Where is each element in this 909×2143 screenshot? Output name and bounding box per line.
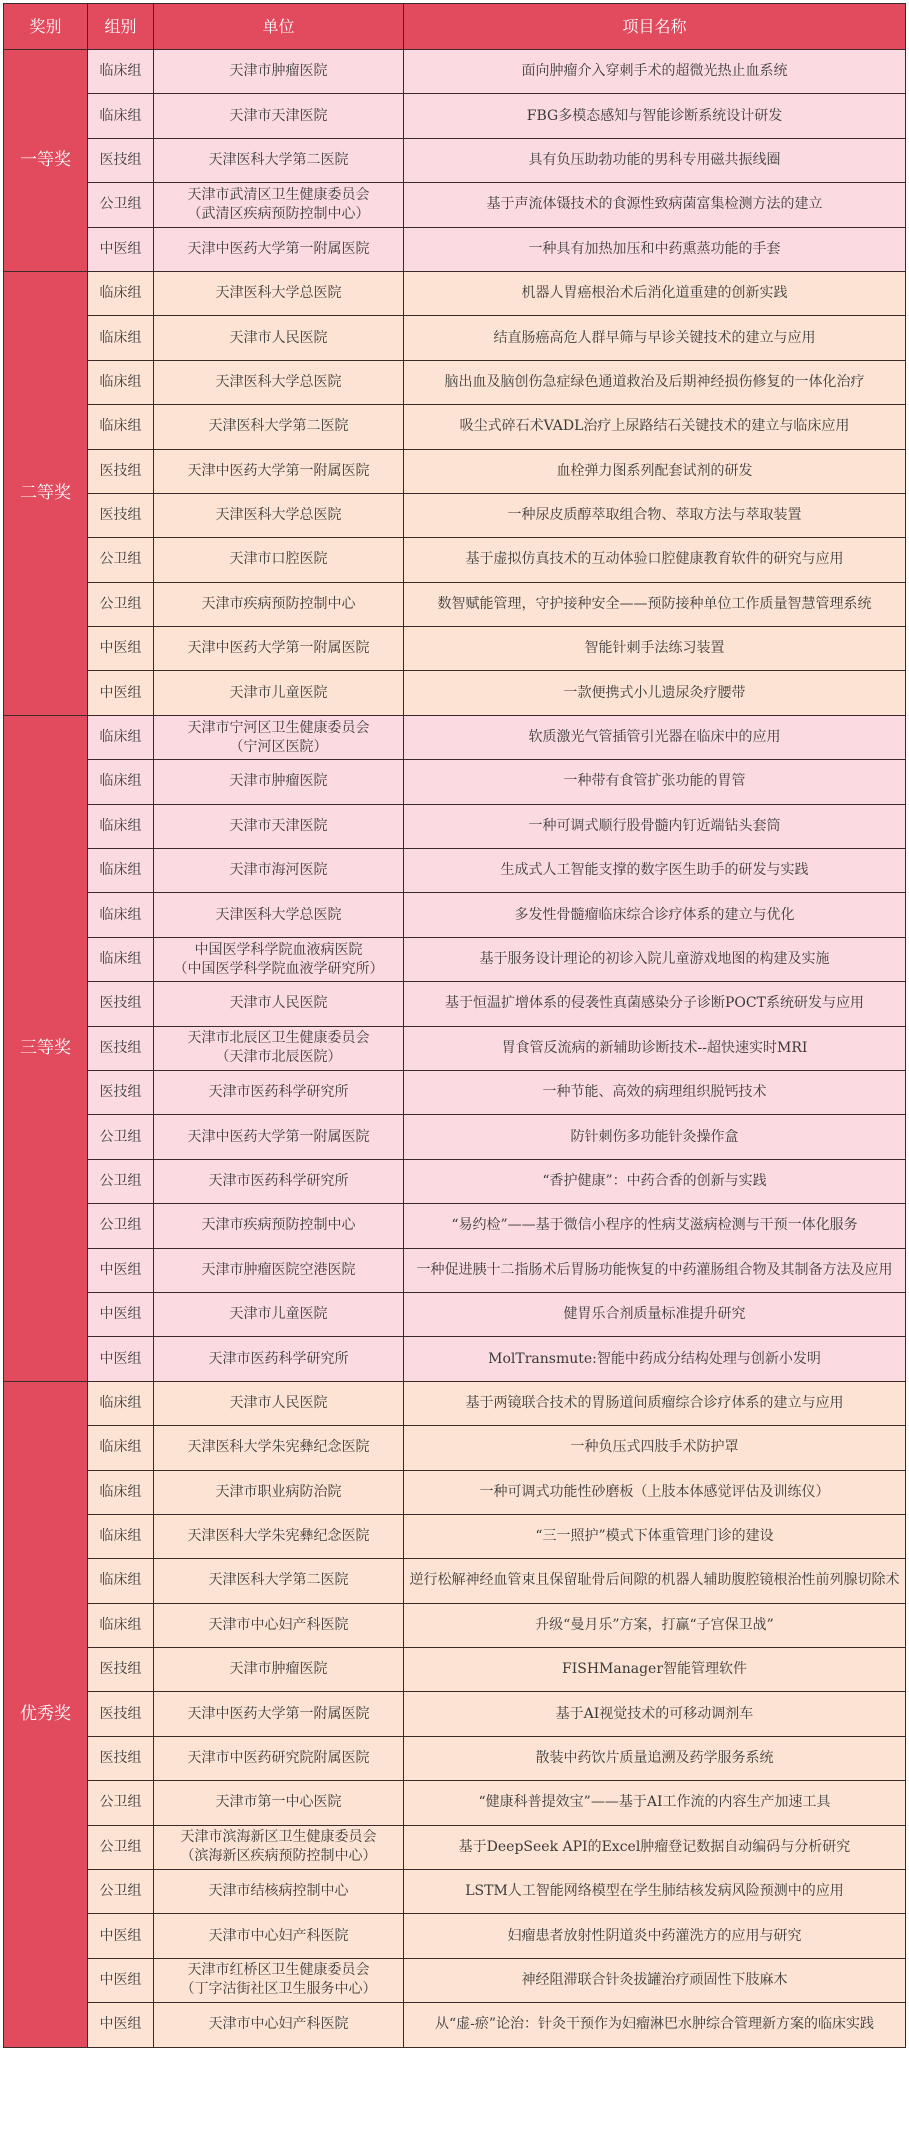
unit-cell: 天津市红桥区卫生健康委员会（丁字沽街社区卫生服务中心） [154,1958,404,2002]
table-row: 临床组天津市天津医院一种可调式顺行股骨髓内钉近端钻头套筒 [4,804,906,848]
project-cell: 脑出血及脑创伤急症绿色通道救治及后期神经损伤修复的一体化治疗 [404,360,906,404]
project-cell: 生成式人工智能支撑的数字医生助手的研发与实践 [404,849,906,893]
group-cell: 医技组 [88,493,154,537]
table-row: 公卫组天津市疾病预防控制中心数智赋能管理，守护接种安全——预防接种单位工作质量智… [4,582,906,626]
table-row: 医技组天津医科大学总医院一种尿皮质醇萃取组合物、萃取方法与萃取装置 [4,493,906,537]
unit-cell: 天津医科大学总医院 [154,893,404,937]
table-row: 中医组天津市中心妇产科医院妇瘤患者放射性阴道炎中药灌洗方的应用与研究 [4,1914,906,1958]
unit-cell: 天津市中心妇产科医院 [154,1603,404,1647]
group-cell: 临床组 [88,405,154,449]
unit-cell: 天津市人民医院 [154,1381,404,1425]
unit-cell: 天津中医药大学第一附属医院 [154,227,404,271]
header-group: 组别 [88,4,154,50]
project-cell: 散装中药饮片质量追溯及药学服务系统 [404,1736,906,1780]
project-cell: LSTM人工智能网络模型在学生肺结核发病风险预测中的应用 [404,1870,906,1914]
project-cell: 一种带有食管扩张功能的胃管 [404,760,906,804]
table-row: 三等奖临床组天津市宁河区卫生健康委员会（宁河区医院）软质激光气管插管引光器在临床… [4,715,906,759]
unit-cell: 天津医科大学总医院 [154,360,404,404]
unit-cell: 天津市中心妇产科医院 [154,1914,404,1958]
table-row: 临床组中国医学科学院血液病医院（中国医学科学院血液学研究所）基于服务设计理论的初… [4,937,906,981]
table-row: 临床组天津市职业病防治院一种可调式功能性砂磨板（上肢本体感觉评估及训练仪） [4,1470,906,1514]
unit-cell: 天津医科大学总医院 [154,493,404,537]
group-cell: 中医组 [88,1337,154,1381]
unit-cell: 天津中医药大学第一附属医院 [154,627,404,671]
group-cell: 医技组 [88,1736,154,1780]
project-cell: “易约检”——基于微信小程序的性病艾滋病检测与干预一体化服务 [404,1204,906,1248]
project-cell: 基于DeepSeek API的Excel肿瘤登记数据自动编码与分析研究 [404,1825,906,1869]
project-cell: 吸尘式碎石术VADL治疗上尿路结石关键技术的建立与临床应用 [404,405,906,449]
table-row: 公卫组天津市武清区卫生健康委员会（武清区疾病预防控制中心）基于声流体镊技术的食源… [4,183,906,227]
table-body: 一等奖临床组天津市肿瘤医院面向肿瘤介入穿刺手术的超微光热止血系统临床组天津市天津… [4,50,906,2048]
project-cell: 机器人胃癌根治术后消化道重建的创新实践 [404,271,906,315]
table-row: 临床组天津医科大学总医院脑出血及脑创伤急症绿色通道救治及后期神经损伤修复的一体化… [4,360,906,404]
project-cell: FISHManager智能管理软件 [404,1648,906,1692]
project-cell: 多发性骨髓瘤临床综合诊疗体系的建立与优化 [404,893,906,937]
project-cell: “三一照护”模式下体重管理门诊的建设 [404,1514,906,1558]
table-row: 临床组天津市肿瘤医院一种带有食管扩张功能的胃管 [4,760,906,804]
unit-cell: 天津市口腔医院 [154,538,404,582]
group-cell: 临床组 [88,893,154,937]
unit-cell: 天津市医药科学研究所 [154,1070,404,1114]
group-cell: 公卫组 [88,1825,154,1869]
table-row: 临床组天津市人民医院结直肠癌高危人群早筛与早诊关键技术的建立与应用 [4,316,906,360]
project-cell: 基于声流体镊技术的食源性致病菌富集检测方法的建立 [404,183,906,227]
unit-cell: 天津市肿瘤医院 [154,50,404,94]
table-row: 医技组天津市人民医院基于恒温扩增体系的侵袭性真菌感染分子诊断POCT系统研发与应… [4,982,906,1026]
award-category-cell: 一等奖 [4,50,88,272]
table-row: 医技组天津市中医药研究院附属医院散装中药饮片质量追溯及药学服务系统 [4,1736,906,1780]
table-row: 中医组天津中医药大学第一附属医院一种具有加热加压和中药熏蒸功能的手套 [4,227,906,271]
table-row: 中医组天津市中心妇产科医院从“虚-瘀”论治：针灸干预作为妇瘤淋巴水肿综合管理新方… [4,2003,906,2047]
award-category-cell: 三等奖 [4,715,88,1381]
group-cell: 中医组 [88,1248,154,1292]
table-row: 临床组天津医科大学第二医院吸尘式碎石术VADL治疗上尿路结石关键技术的建立与临床… [4,405,906,449]
project-cell: 一款便携式小儿遗尿灸疗腰带 [404,671,906,715]
table-row: 中医组天津市医药科学研究所MolTransmute:智能中药成分结构处理与创新小… [4,1337,906,1381]
group-cell: 中医组 [88,671,154,715]
group-cell: 临床组 [88,271,154,315]
group-cell: 中医组 [88,1292,154,1336]
table-row: 公卫组天津市第一中心医院“健康科普提效宝”——基于AI工作流的内容生产加速工具 [4,1781,906,1825]
unit-cell: 天津中医药大学第一附属医院 [154,449,404,493]
project-cell: 基于虚拟仿真技术的互动体验口腔健康教育软件的研究与应用 [404,538,906,582]
unit-cell: 天津医科大学朱宪彝纪念医院 [154,1514,404,1558]
table-row: 临床组天津市中心妇产科医院升级“曼月乐”方案，打赢“子宫保卫战” [4,1603,906,1647]
group-cell: 中医组 [88,227,154,271]
group-cell: 公卫组 [88,1870,154,1914]
header-row: 奖别 组别 单位 项目名称 [4,4,906,50]
unit-cell: 天津市肿瘤医院 [154,1648,404,1692]
project-cell: 胃食管反流病的新辅助诊断技术--超快速实时MRI [404,1026,906,1070]
table-row: 公卫组天津市疾病预防控制中心“易约检”——基于微信小程序的性病艾滋病检测与干预一… [4,1204,906,1248]
group-cell: 医技组 [88,1026,154,1070]
project-cell: FBG多模态感知与智能诊断系统设计研发 [404,94,906,138]
table-row: 临床组天津医科大学朱宪彝纪念医院“三一照护”模式下体重管理门诊的建设 [4,1514,906,1558]
table-row: 中医组天津市儿童医院健胃乐合剂质量标准提升研究 [4,1292,906,1336]
project-cell: 一种负压式四肢手术防护罩 [404,1426,906,1470]
group-cell: 中医组 [88,627,154,671]
table-row: 医技组天津市肿瘤医院FISHManager智能管理软件 [4,1648,906,1692]
unit-cell: 天津医科大学第二医院 [154,405,404,449]
table-row: 临床组天津医科大学总医院多发性骨髓瘤临床综合诊疗体系的建立与优化 [4,893,906,937]
group-cell: 临床组 [88,715,154,759]
project-cell: 基于AI视觉技术的可移动调剂车 [404,1692,906,1736]
group-cell: 医技组 [88,1648,154,1692]
unit-cell: 天津市滨海新区卫生健康委员会（滨海新区疾病预防控制中心） [154,1825,404,1869]
header-unit: 单位 [154,4,404,50]
unit-cell: 天津市医药科学研究所 [154,1159,404,1203]
table-row: 医技组天津市北辰区卫生健康委员会（天津市北辰医院）胃食管反流病的新辅助诊断技术-… [4,1026,906,1070]
table-row: 二等奖临床组天津医科大学总医院机器人胃癌根治术后消化道重建的创新实践 [4,271,906,315]
table-row: 一等奖临床组天津市肿瘤医院面向肿瘤介入穿刺手术的超微光热止血系统 [4,50,906,94]
unit-cell: 中国医学科学院血液病医院（中国医学科学院血液学研究所） [154,937,404,981]
unit-cell: 天津市中心妇产科医院 [154,2003,404,2047]
group-cell: 公卫组 [88,183,154,227]
group-cell: 临床组 [88,94,154,138]
project-cell: 基于服务设计理论的初诊入院儿童游戏地图的构建及实施 [404,937,906,981]
table-row: 优秀奖临床组天津市人民医院基于两镜联合技术的胃肠道间质瘤综合诊疗体系的建立与应用 [4,1381,906,1425]
unit-cell: 天津市疾病预防控制中心 [154,1204,404,1248]
unit-cell: 天津市天津医院 [154,94,404,138]
project-cell: MolTransmute:智能中药成分结构处理与创新小发明 [404,1337,906,1381]
unit-cell: 天津医科大学总医院 [154,271,404,315]
project-cell: 一种可调式功能性砂磨板（上肢本体感觉评估及训练仪） [404,1470,906,1514]
unit-cell: 天津市第一中心医院 [154,1781,404,1825]
group-cell: 临床组 [88,804,154,848]
project-cell: 具有负压助勃功能的男科专用磁共振线圈 [404,138,906,182]
project-cell: 面向肿瘤介入穿刺手术的超微光热止血系统 [404,50,906,94]
project-cell: 数智赋能管理，守护接种安全——预防接种单位工作质量智慧管理系统 [404,582,906,626]
group-cell: 公卫组 [88,538,154,582]
group-cell: 临床组 [88,1559,154,1603]
unit-cell: 天津医科大学第二医院 [154,138,404,182]
group-cell: 公卫组 [88,582,154,626]
group-cell: 中医组 [88,2003,154,2047]
group-cell: 公卫组 [88,1115,154,1159]
table-row: 临床组天津市天津医院FBG多模态感知与智能诊断系统设计研发 [4,94,906,138]
award-category-cell: 二等奖 [4,271,88,715]
unit-cell: 天津市宁河区卫生健康委员会（宁河区医院） [154,715,404,759]
table-row: 公卫组天津中医药大学第一附属医院防针刺伤多功能针灸操作盒 [4,1115,906,1159]
group-cell: 中医组 [88,1914,154,1958]
group-cell: 临床组 [88,360,154,404]
table-row: 医技组天津中医药大学第一附属医院血栓弹力图系列配套试剂的研发 [4,449,906,493]
project-cell: 妇瘤患者放射性阴道炎中药灌洗方的应用与研究 [404,1914,906,1958]
table-row: 中医组天津中医药大学第一附属医院智能针刺手法练习装置 [4,627,906,671]
group-cell: 临床组 [88,760,154,804]
unit-cell: 天津市中医药研究院附属医院 [154,1736,404,1780]
project-cell: 软质激光气管插管引光器在临床中的应用 [404,715,906,759]
group-cell: 公卫组 [88,1781,154,1825]
awards-table: 奖别 组别 单位 项目名称 一等奖临床组天津市肿瘤医院面向肿瘤介入穿刺手术的超微… [3,3,906,2048]
table-row: 临床组天津医科大学第二医院逆行松解神经血管束且保留耻骨后间隙的机器人辅助腹腔镜根… [4,1559,906,1603]
unit-cell: 天津医科大学第二医院 [154,1559,404,1603]
table-row: 医技组天津市医药科学研究所一种节能、高效的病理组织脱钙技术 [4,1070,906,1114]
project-cell: 基于恒温扩增体系的侵袭性真菌感染分子诊断POCT系统研发与应用 [404,982,906,1026]
group-cell: 临床组 [88,937,154,981]
project-cell: 健胃乐合剂质量标准提升研究 [404,1292,906,1336]
unit-cell: 天津医科大学朱宪彝纪念医院 [154,1426,404,1470]
unit-cell: 天津市武清区卫生健康委员会（武清区疾病预防控制中心） [154,183,404,227]
table-row: 中医组天津市肿瘤医院空港医院一种促进胰十二指肠术后胃肠功能恢复的中药灌肠组合物及… [4,1248,906,1292]
unit-cell: 天津市肿瘤医院空港医院 [154,1248,404,1292]
project-cell: “健康科普提效宝”——基于AI工作流的内容生产加速工具 [404,1781,906,1825]
group-cell: 医技组 [88,1070,154,1114]
unit-cell: 天津市海河医院 [154,849,404,893]
unit-cell: 天津市儿童医院 [154,1292,404,1336]
header-award: 奖别 [4,4,88,50]
project-cell: 一种促进胰十二指肠术后胃肠功能恢复的中药灌肠组合物及其制备方法及应用 [404,1248,906,1292]
group-cell: 临床组 [88,1603,154,1647]
group-cell: 临床组 [88,1514,154,1558]
unit-cell: 天津市职业病防治院 [154,1470,404,1514]
project-cell: 逆行松解神经血管束且保留耻骨后间隙的机器人辅助腹腔镜根治性前列腺切除术 [404,1559,906,1603]
award-category-cell: 优秀奖 [4,1381,88,2047]
group-cell: 中医组 [88,1958,154,2002]
group-cell: 临床组 [88,849,154,893]
table-row: 中医组天津市红桥区卫生健康委员会（丁字沽街社区卫生服务中心）神经阻滞联合针灸拔罐… [4,1958,906,2002]
table-row: 公卫组天津市医药科学研究所“香护健康”：中药合香的创新与实践 [4,1159,906,1203]
unit-cell: 天津市疾病预防控制中心 [154,582,404,626]
unit-cell: 天津市人民医院 [154,982,404,1026]
project-cell: 一种节能、高效的病理组织脱钙技术 [404,1070,906,1114]
unit-cell: 天津市肿瘤医院 [154,760,404,804]
table-row: 医技组天津中医药大学第一附属医院基于AI视觉技术的可移动调剂车 [4,1692,906,1736]
table-row: 公卫组天津市结核病控制中心LSTM人工智能网络模型在学生肺结核发病风险预测中的应… [4,1870,906,1914]
project-cell: 基于两镜联合技术的胃肠道间质瘤综合诊疗体系的建立与应用 [404,1381,906,1425]
group-cell: 医技组 [88,982,154,1026]
unit-cell: 天津中医药大学第一附属医院 [154,1692,404,1736]
group-cell: 临床组 [88,50,154,94]
table-row: 临床组天津市海河医院生成式人工智能支撑的数字医生助手的研发与实践 [4,849,906,893]
project-cell: “香护健康”：中药合香的创新与实践 [404,1159,906,1203]
header-project: 项目名称 [404,4,906,50]
project-cell: 血栓弹力图系列配套试剂的研发 [404,449,906,493]
table-row: 公卫组天津市滨海新区卫生健康委员会（滨海新区疾病预防控制中心）基于DeepSee… [4,1825,906,1869]
group-cell: 临床组 [88,1426,154,1470]
group-cell: 临床组 [88,316,154,360]
project-cell: 从“虚-瘀”论治：针灸干预作为妇瘤淋巴水肿综合管理新方案的临床实践 [404,2003,906,2047]
table-row: 医技组天津医科大学第二医院具有负压助勃功能的男科专用磁共振线圈 [4,138,906,182]
project-cell: 智能针刺手法练习装置 [404,627,906,671]
unit-cell: 天津市医药科学研究所 [154,1337,404,1381]
unit-cell: 天津市儿童医院 [154,671,404,715]
unit-cell: 天津市北辰区卫生健康委员会（天津市北辰医院） [154,1026,404,1070]
group-cell: 临床组 [88,1470,154,1514]
table-row: 公卫组天津市口腔医院基于虚拟仿真技术的互动体验口腔健康教育软件的研究与应用 [4,538,906,582]
unit-cell: 天津市天津医院 [154,804,404,848]
group-cell: 临床组 [88,1381,154,1425]
project-cell: 神经阻滞联合针灸拔罐治疗顽固性下肢麻木 [404,1958,906,2002]
unit-cell: 天津中医药大学第一附属医院 [154,1115,404,1159]
project-cell: 一种具有加热加压和中药熏蒸功能的手套 [404,227,906,271]
project-cell: 升级“曼月乐”方案，打赢“子宫保卫战” [404,1603,906,1647]
group-cell: 医技组 [88,449,154,493]
table-row: 临床组天津医科大学朱宪彝纪念医院一种负压式四肢手术防护罩 [4,1426,906,1470]
project-cell: 结直肠癌高危人群早筛与早诊关键技术的建立与应用 [404,316,906,360]
group-cell: 公卫组 [88,1204,154,1248]
project-cell: 防针刺伤多功能针灸操作盒 [404,1115,906,1159]
group-cell: 医技组 [88,138,154,182]
unit-cell: 天津市人民医院 [154,316,404,360]
table-row: 中医组天津市儿童医院一款便携式小儿遗尿灸疗腰带 [4,671,906,715]
group-cell: 医技组 [88,1692,154,1736]
project-cell: 一种尿皮质醇萃取组合物、萃取方法与萃取装置 [404,493,906,537]
unit-cell: 天津市结核病控制中心 [154,1870,404,1914]
project-cell: 一种可调式顺行股骨髓内钉近端钻头套筒 [404,804,906,848]
group-cell: 公卫组 [88,1159,154,1203]
